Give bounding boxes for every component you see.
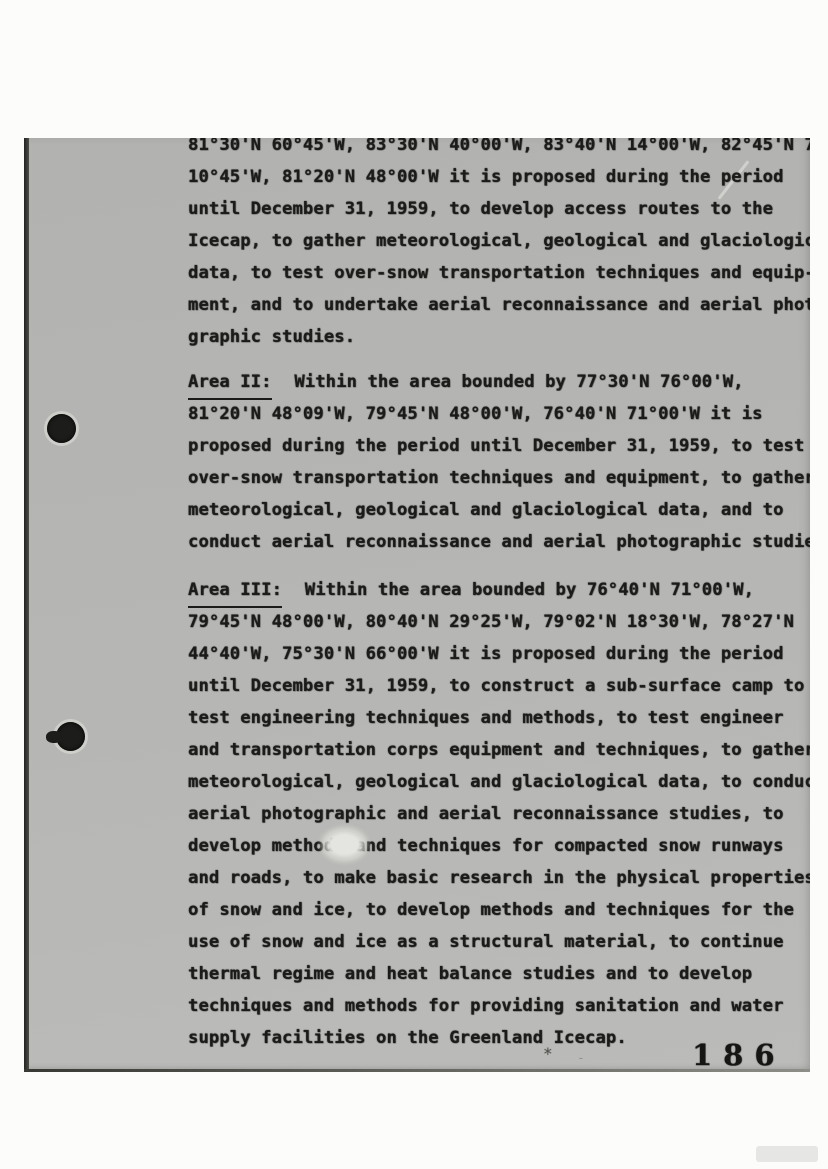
page-left-edge-shadow [24,138,29,1072]
area-iii-lines: 79°45'N 48°00'W, 80°40'N 29°25'W, 79°02'… [188,606,810,1054]
text-line: Icecap, to gather meteorological, geolog… [188,225,810,257]
clipped-top-line: 81°30'N 60°45'W, 83°30'N 40°00'W, 83°40'… [188,138,810,161]
scanned-document-screenshot: { "page": { "paper_color": "#b5b5b3", "i… [0,0,828,1169]
hole-punch-bottom [56,722,85,751]
text-line: 44°40'W, 75°30'N 66°00'W it is proposed … [188,638,810,670]
area-iii-paragraph: Area III:Within the area bounded by 76°4… [188,574,810,1054]
text-line: and roads, to make basic research in the… [188,862,810,894]
text-line: data, to test over-snow transportation t… [188,257,810,289]
area-ii-paragraph: Area II:Within the area bounded by 77°30… [188,366,810,558]
area-ii-heading-rest: Within the area bounded by 77°30'N 76°00… [294,372,743,392]
text-line: meteorological, geological and glaciolog… [188,494,810,526]
footer-asterisk-mark: * [543,1044,553,1063]
text-line: 81°20'N 48°09'W, 79°45'N 48°00'W, 76°40'… [188,398,810,430]
text-line: of snow and ice, to develop methods and … [188,894,810,926]
text-line: use of snow and ice as a structural mate… [188,926,810,958]
typewritten-text-block: 81°30'N 60°45'W, 83°30'N 40°00'W, 83°40'… [188,138,810,1054]
text-line: ment, and to undertake aerial reconnaiss… [188,289,810,321]
text-line: over-snow transportation techniques and … [188,462,810,494]
footer-faint-mark: - [577,1051,585,1066]
area-ii-heading-line: Area II:Within the area bounded by 77°30… [188,366,810,398]
text-line: develop methods and techniques for compa… [188,830,810,862]
text-line: until December 31, 1959, to develop acce… [188,193,810,225]
text-line: techniques and methods for providing san… [188,990,810,1022]
text-line: graphic studies. [188,321,810,353]
text-line: 79°45'N 48°00'W, 80°40'N 29°25'W, 79°02'… [188,606,810,638]
scanned-page: 81°30'N 60°45'W, 83°30'N 40°00'W, 83°40'… [24,138,810,1072]
text-line: 10°45'W, 81°20'N 48°00'W it is proposed … [188,161,810,193]
text-line: conduct aerial reconnaissance and aerial… [188,526,810,558]
text-line: thermal regime and heat balance studies … [188,958,810,990]
intro-lines: 10°45'W, 81°20'N 48°00'W it is proposed … [188,161,810,353]
area-ii-lines: 81°20'N 48°09'W, 79°45'N 48°00'W, 76°40'… [188,398,810,558]
page-number-stamp: 186 [692,1038,786,1072]
text-line: proposed during the period until Decembe… [188,430,810,462]
area-ii-heading: Area II: [188,366,272,400]
text-line: aerial photographic and aerial reconnais… [188,798,810,830]
text-line: and transportation corps equipment and t… [188,734,810,766]
area-iii-heading: Area III: [188,574,282,608]
text-line: until December 31, 1959, to construct a … [188,670,810,702]
text-line: meteorological, geological and glaciolog… [188,766,810,798]
scan-smudge-artifact [756,1146,818,1162]
intro-paragraph: 81°30'N 60°45'W, 83°30'N 40°00'W, 83°40'… [188,138,810,353]
area-iii-heading-line: Area III:Within the area bounded by 76°4… [188,574,810,606]
hole-punch-top [47,414,76,443]
area-iii-heading-rest: Within the area bounded by 76°40'N 71°00… [305,580,754,600]
white-out-blot [325,831,364,858]
text-line: test engineering techniques and methods,… [188,702,810,734]
